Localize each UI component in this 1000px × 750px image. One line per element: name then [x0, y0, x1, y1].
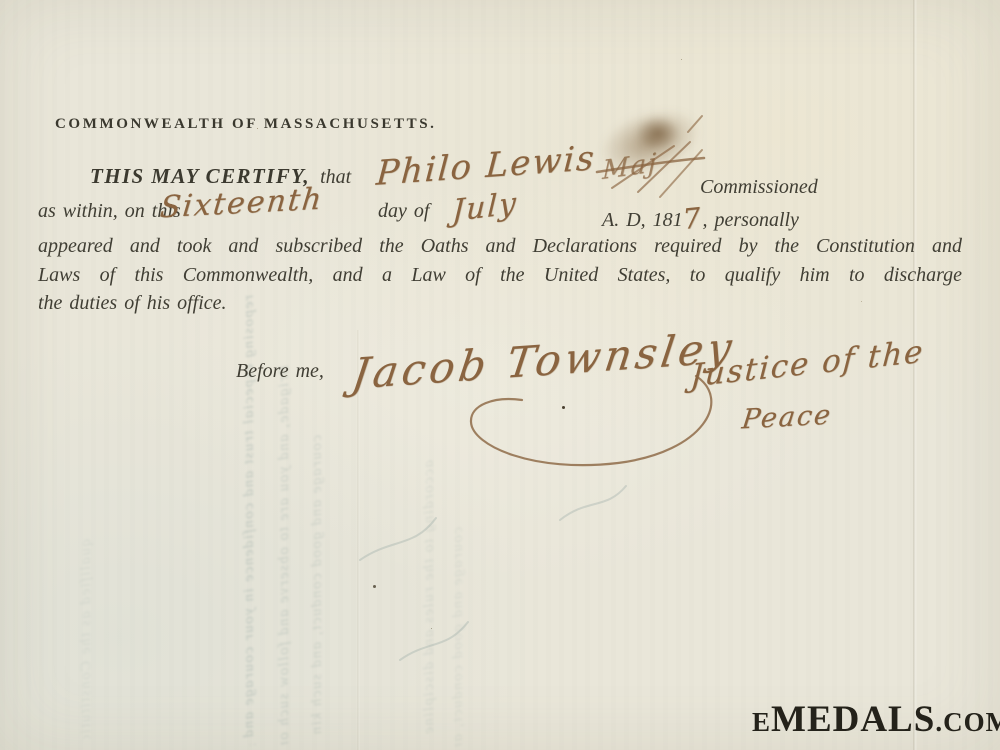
- ad-printed-text: A. D, 181: [602, 209, 683, 232]
- handwritten-year-digit: 7: [681, 201, 704, 236]
- paper-specks: [562, 406, 565, 409]
- day-of-text: day of: [378, 200, 429, 223]
- document-heading: COMMONWEALTH OF MASSACHUSETTS.: [55, 116, 437, 133]
- bleedthrough-text-column: courage and good conduct, and such kind …: [451, 527, 469, 747]
- bleedthrough-text-column: Brigade, and you are to observe and foll…: [277, 365, 297, 745]
- paper-fold-crease: [913, 0, 917, 750]
- bleedthrough-text-column: courage and good conduct, and such kind …: [310, 435, 330, 735]
- handwritten-day: Sixteenth: [158, 182, 325, 226]
- commissioned-text: Commissioned: [700, 176, 818, 199]
- handwritten-title-line2: Peace: [740, 400, 834, 436]
- handwritten-signature: Jacob Townsley: [349, 322, 739, 398]
- ink-smudge: [636, 116, 680, 150]
- bleedthrough-text-column: according to the rules and discipline of…: [422, 460, 442, 740]
- watermark-main: MEDALS: [771, 701, 935, 738]
- body-line-2: Laws of this Commonwealth, and a Law of …: [38, 264, 962, 287]
- date-year-line: A. D, 181 7 , personally: [602, 200, 799, 233]
- document-photo: reposing especial trust and confidence i…: [0, 0, 1000, 750]
- handwritten-month: July: [451, 186, 518, 230]
- handwritten-struck-text: Maj: [602, 148, 659, 186]
- watermark-suffix: .COM: [935, 709, 1000, 736]
- bleedthrough-text-column: qualified as the Constitution and Laws d…: [79, 539, 97, 739]
- before-me-text: Before me,: [236, 360, 324, 383]
- watermark: E MEDALS .COM: [752, 701, 1000, 738]
- handwritten-name: Philo Lewis: [375, 138, 597, 194]
- signature-flourish: [471, 376, 711, 465]
- watermark-prefix: E: [752, 709, 771, 736]
- body-line-1: appeared and took and subscribed the Oat…: [38, 235, 962, 258]
- personally-text: , personally: [703, 209, 799, 232]
- certify-that-text: that: [320, 166, 351, 189]
- body-line-3: the duties of his office.: [38, 292, 227, 315]
